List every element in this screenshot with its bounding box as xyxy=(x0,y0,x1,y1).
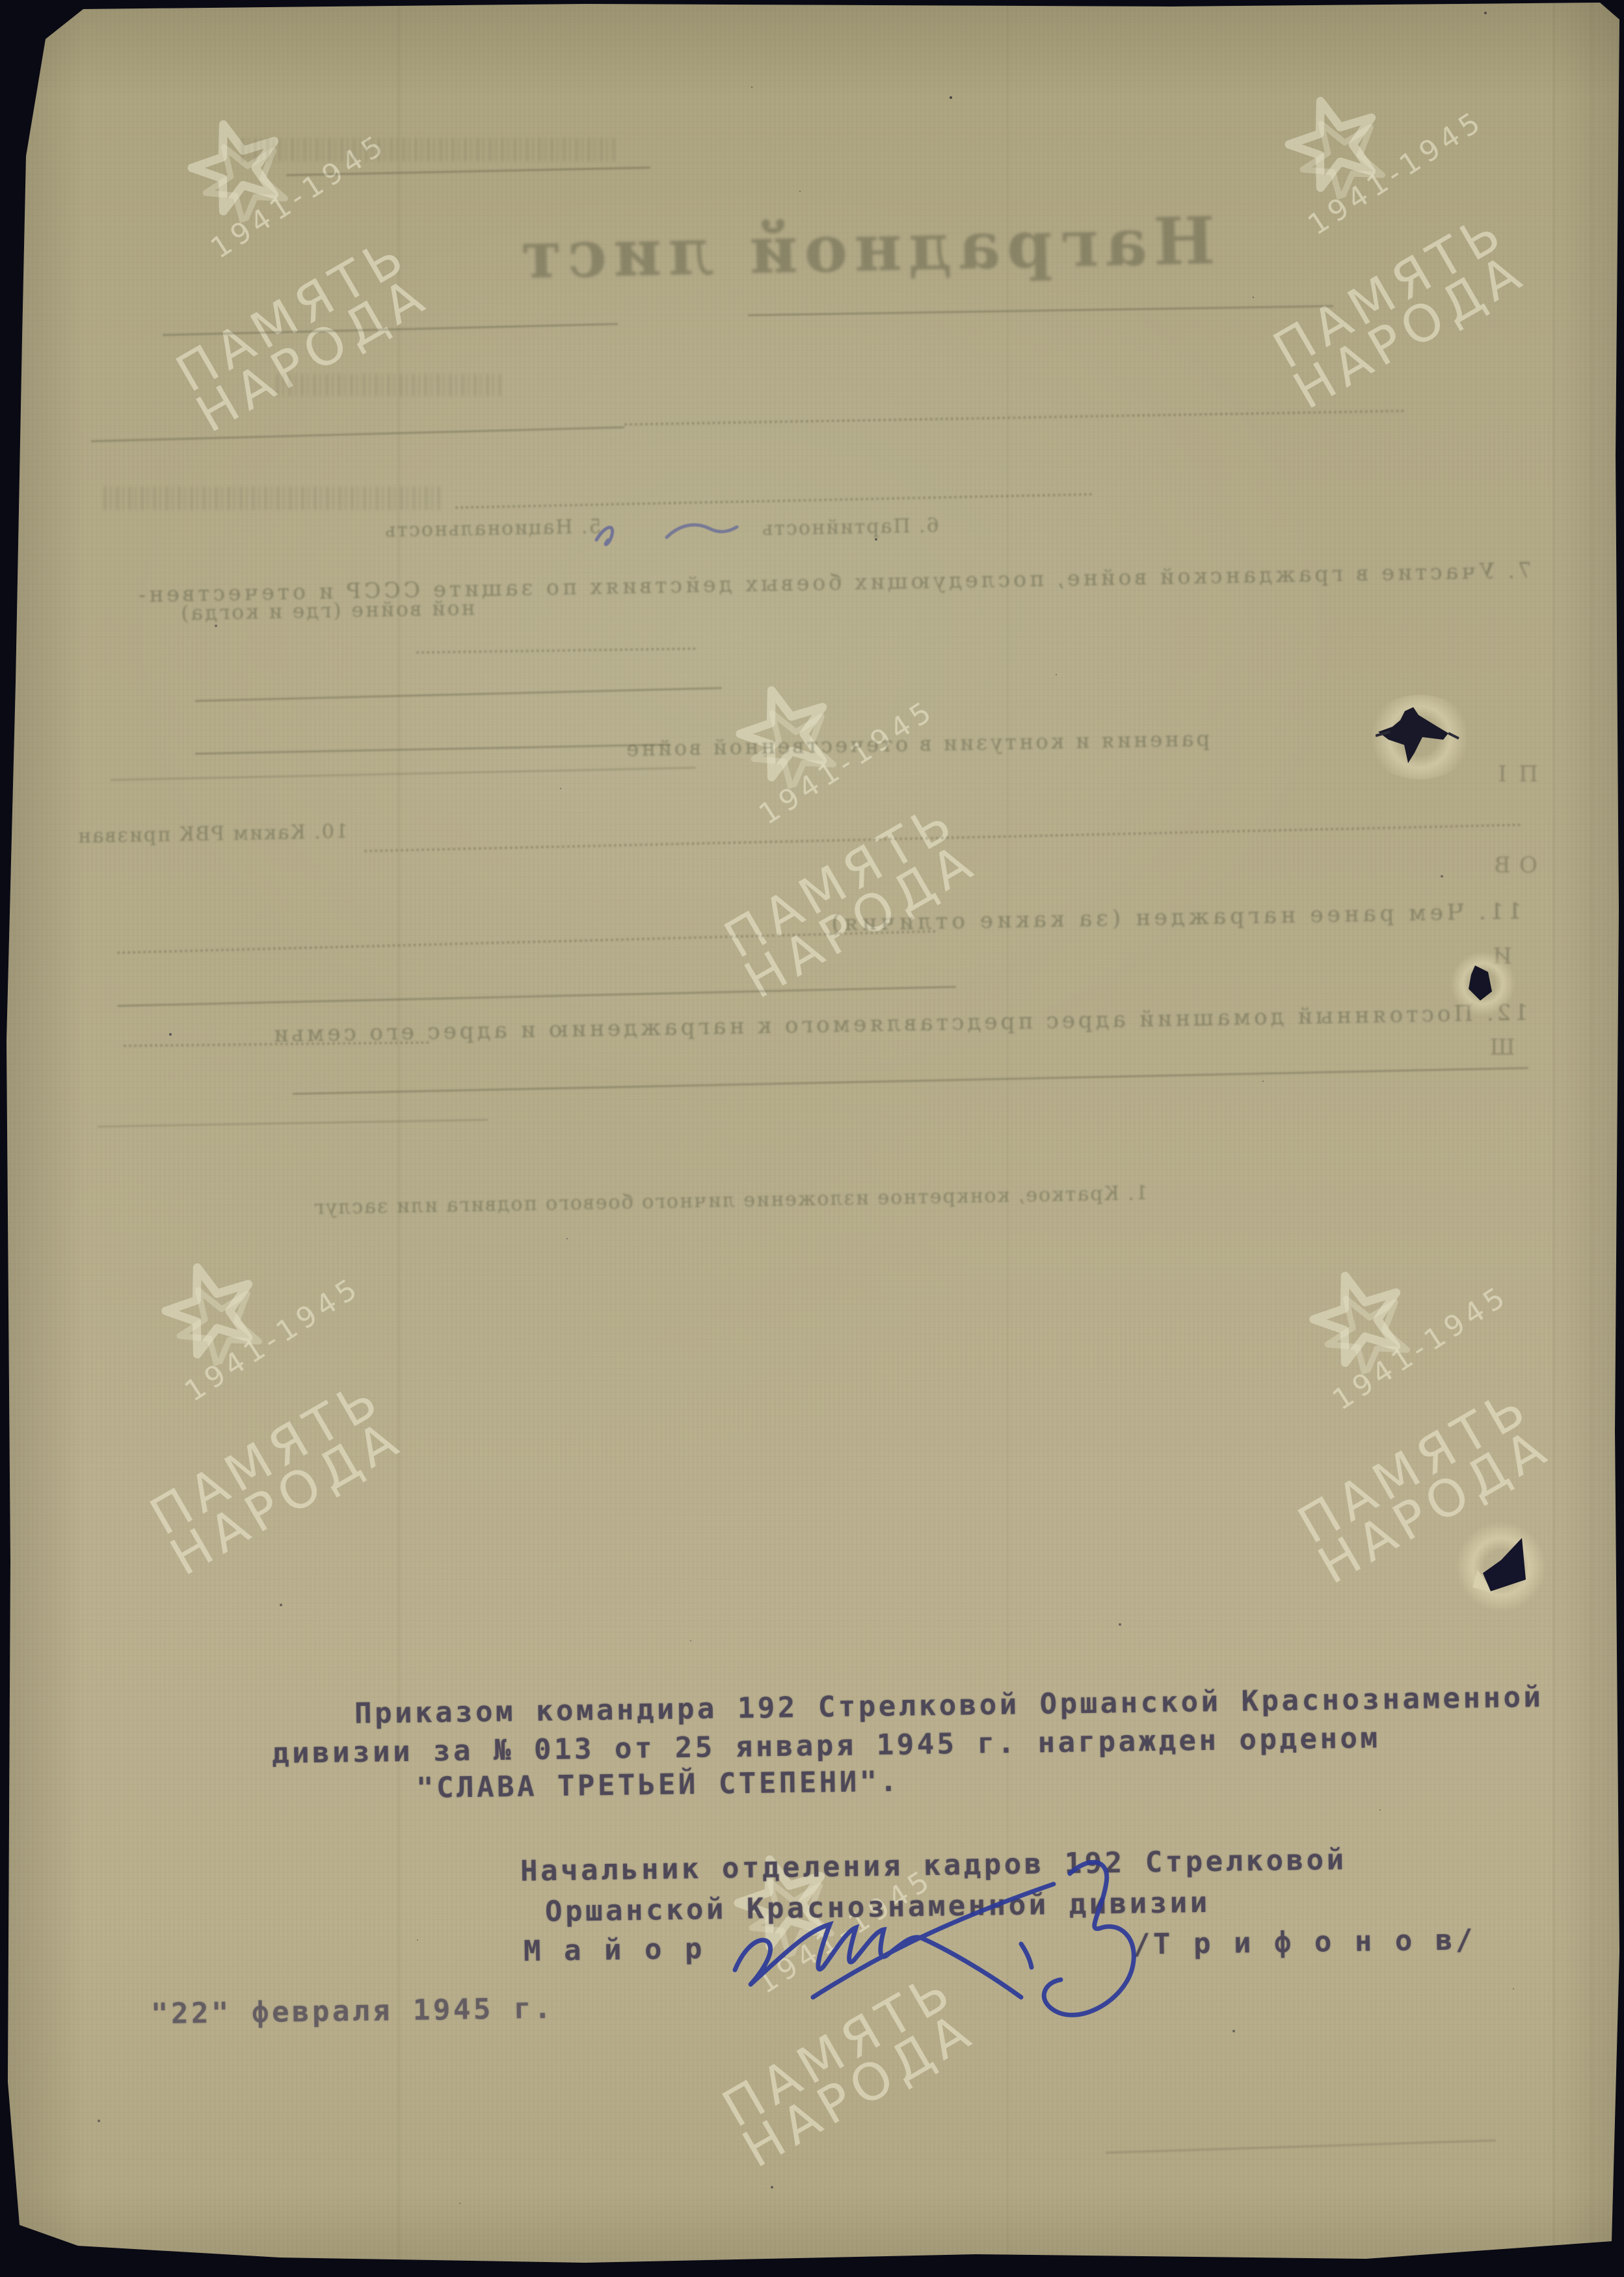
bleedthrough-field-rvk: 10. Каким РВК призван xyxy=(117,820,349,847)
bleedthrough-field-awards: 11. Чем ранее награжден (за какие отличи… xyxy=(390,898,1522,944)
signature-ink xyxy=(715,1846,1171,2055)
ruled-line xyxy=(624,410,1405,426)
paper-crease xyxy=(1553,0,1555,2277)
officer-name: /Т р и ф о н о в/ xyxy=(1133,1923,1476,1961)
date-line: "22" февраля 1945 г. xyxy=(151,1992,554,2031)
paper-hole xyxy=(1462,963,1498,1003)
ruled-line xyxy=(416,647,696,654)
bleedthrough-field-nationality: 5. Национальность xyxy=(384,515,602,542)
paper-crease xyxy=(398,0,400,2277)
document-page: 1941-1945ПАМЯТЬНАРОДА1941-1945ПАМЯТЬНАРО… xyxy=(0,0,1624,2277)
bleedthrough-smudge xyxy=(242,138,616,161)
paper-hole xyxy=(1471,1534,1531,1599)
bleedthrough-smudge xyxy=(276,374,501,396)
paper-crease xyxy=(1591,0,1593,2277)
ruled-line xyxy=(195,687,722,702)
ruled-line xyxy=(91,426,624,442)
paper-specks xyxy=(0,0,3,3)
bleedthrough-field-party: 6. Партийность xyxy=(761,515,939,541)
ruled-line xyxy=(455,493,1093,509)
bleedthrough-smudge xyxy=(104,487,442,510)
ruled-line xyxy=(195,744,670,755)
officer-rank: М а й о р xyxy=(524,1932,706,1968)
ruled-line xyxy=(748,305,1333,316)
ruled-line xyxy=(293,1067,1528,1095)
bleedthrough-title: Наградной лист xyxy=(513,202,1216,294)
scan-background: 1941-1945ПАМЯТЬНАРОДА1941-1945ПАМЯТЬНАРО… xyxy=(0,0,1624,2277)
ruled-line xyxy=(98,1119,488,1127)
bleedthrough-section-feat: 1. Краткое, конкретное изложение личного… xyxy=(296,1182,1148,1220)
pencil-scratch xyxy=(1106,2140,1496,2154)
bleedthrough-field-wounds: ранения и контузии в отечественной войне xyxy=(637,726,1210,761)
blue-ink-bleed-mark xyxy=(589,514,745,553)
paper-hole xyxy=(1376,706,1460,768)
ruled-line xyxy=(111,767,696,781)
order-text-line-3: "СЛАВА ТРЕТЬЕЙ СТЕПЕНИ". xyxy=(416,1765,900,1805)
ruled-line xyxy=(117,986,956,1006)
